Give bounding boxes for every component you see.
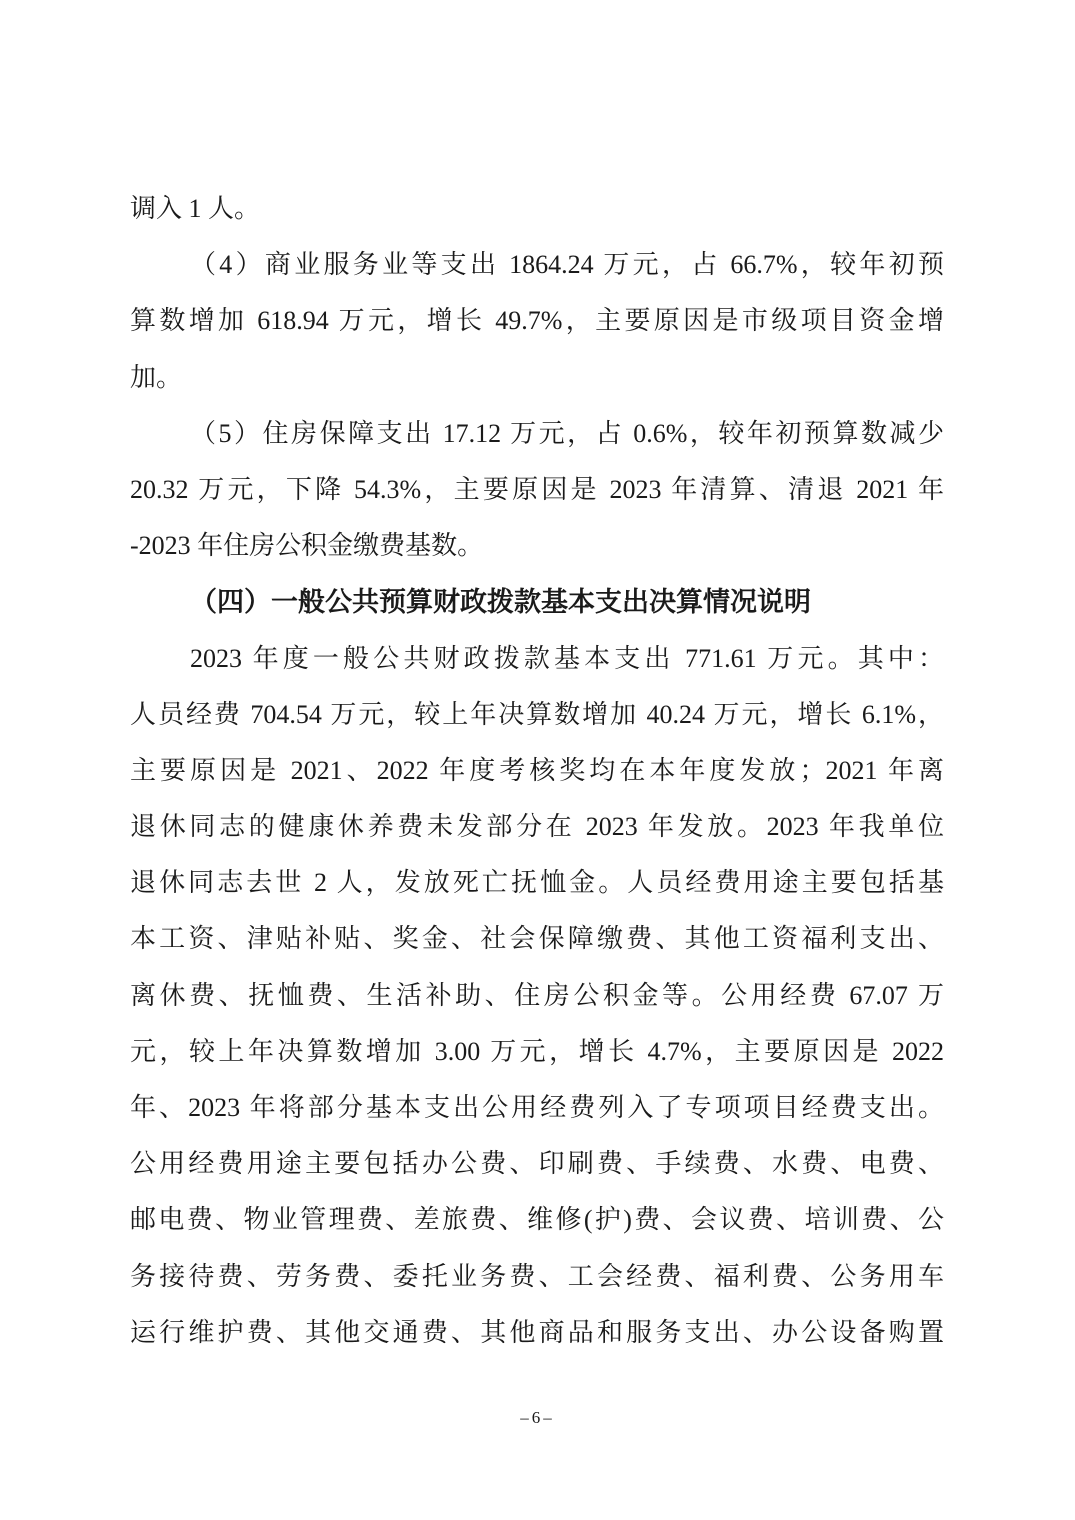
body-line: 务接待费、劳务费、委托业务费、工会经费、福利费、公务用车 xyxy=(130,1249,944,1305)
body-line: 主要原因是 2021、2022 年度考核奖均在本年度发放；2021 年离 xyxy=(130,743,944,799)
body-line: （4）商业服务业等支出 1864.24 万元，占 66.7%，较年初预 xyxy=(130,237,944,293)
body-line: 算数增加 618.94 万元，增长 49.7%，主要原因是市级项目资金增 xyxy=(130,293,944,349)
page-number: –6– xyxy=(0,1406,1075,1430)
body-line: 20.32 万元，下降 54.3%，主要原因是 2023 年清算、清退 2021… xyxy=(130,462,944,518)
body-line: （5）住房保障支出 17.12 万元，占 0.6%，较年初预算数减少 xyxy=(130,406,944,462)
section-heading: （四）一般公共预算财政拨款基本支出决算情况说明 xyxy=(130,574,944,630)
body-line: -2023 年住房公积金缴费基数。 xyxy=(130,518,944,574)
body-line: 调入 1 人。 xyxy=(130,181,944,237)
body-line: 本工资、津贴补贴、奖金、社会保障缴费、其他工资福利支出、 xyxy=(130,911,944,967)
body-line: 人员经费 704.54 万元，较上年决算数增加 40.24 万元，增长 6.1%… xyxy=(130,687,944,743)
document-page: 调入 1 人。 （4）商业服务业等支出 1864.24 万元，占 66.7%，较… xyxy=(0,0,1075,1520)
body-line: 运行维护费、其他交通费、其他商品和服务支出、办公设备购置 xyxy=(130,1305,944,1361)
body-line: 元，较上年决算数增加 3.00 万元，增长 4.7%，主要原因是 2022 xyxy=(130,1024,944,1080)
body-line: 加。 xyxy=(130,350,944,406)
body-line: 退休同志去世 2 人，发放死亡抚恤金。人员经费用途主要包括基 xyxy=(130,855,944,911)
body-line: 公用经费用途主要包括办公费、印刷费、手续费、水费、电费、 xyxy=(130,1136,944,1192)
body-line: 离休费、抚恤费、生活补助、住房公积金等。公用经费 67.07 万 xyxy=(130,968,944,1024)
document-body: 调入 1 人。 （4）商业服务业等支出 1864.24 万元，占 66.7%，较… xyxy=(130,181,944,1361)
body-line: 年、2023 年将部分基本支出公用经费列入了专项项目经费支出。 xyxy=(130,1080,944,1136)
body-line: 2023 年度一般公共财政拨款基本支出 771.61 万元。其中： xyxy=(130,631,944,687)
body-line: 邮电费、物业管理费、差旅费、维修(护)费、会议费、培训费、公 xyxy=(130,1192,944,1248)
body-line: 退休同志的健康休养费未发部分在 2023 年发放。2023 年我单位 xyxy=(130,799,944,855)
